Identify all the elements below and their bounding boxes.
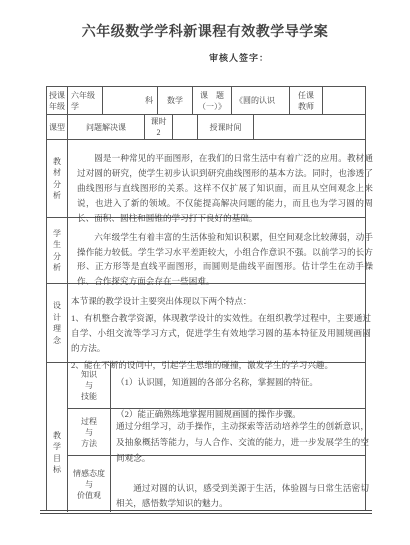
grade-label-cell: 授课 年级 [47, 87, 68, 114]
student-analysis-label: 学生分析 [47, 218, 68, 283]
material-analysis-content: 圆是一种常见的平面图形，在我们的日常生活中有着广泛的应用。教材通过对圆的研究，使… [68, 140, 365, 217]
topic-label-cell: 课 题 （一）》 [193, 87, 232, 114]
design-intro: 本节课的教学设计主要突出体现以下两个特点： [71, 294, 371, 309]
lesson-plan-table: 授课 年级 六年级 学 科 数学 课 题 （一）》 《圆的认识 任课 教 [46, 86, 366, 511]
lesson-type-value-cell: 问题解决课 [68, 115, 145, 139]
periods-blank-cell [173, 115, 198, 139]
knowledge-skills-row: 知识 与 技能 （1）认识圆，知道圆的各部分名称，掌握圆的特征。 （2）能正确熟… [68, 363, 365, 409]
teaching-objectives-subtable: 知识 与 技能 （1）认识圆，知道圆的各部分名称，掌握圆的特征。 （2）能正确熟… [68, 363, 365, 512]
material-analysis-label: 教材分析 [47, 140, 68, 217]
subject-label-cell: 科 [103, 87, 158, 114]
document-page: 六年级数学学科新课程有效教学导学案 审核人签字： 授课 年级 六年级 学 科 数… [0, 0, 410, 545]
design-concept-row: 设计理念 本节课的教学设计主要突出体现以下两个特点： 1、有机整合教学资源，体现… [47, 284, 365, 363]
header-row-2: 课型 问题解决课 课时 2 授课时间 [47, 115, 365, 140]
process-method-content: 通过分组学习，动手操作，主动探索等活动培养学生的创新意识，及抽象概括等能力，与人… [111, 409, 365, 455]
knowledge-skills-label: 知识 与 技能 [68, 363, 111, 408]
teaching-time-label-cell: 授课时间 [198, 115, 254, 139]
topic-value-cell: 《圆的认识 [232, 87, 290, 114]
teacher-label-cell: 任课 教师 [290, 87, 323, 114]
process-method-label: 过程 与 方法 [68, 409, 111, 455]
process-method-row: 过程 与 方法 通过分组学习，动手操作，主动探索等活动培养学生的创新意识，及抽象… [68, 409, 365, 456]
knowledge-item-1: （1）认识圆，知道圆的各部分名称，掌握圆的特征。 [111, 363, 369, 390]
reviewer-signature-label: 审核人签字： [209, 51, 269, 64]
design-point-1: 1、有机整合教学资源，体现教学设计的实效性。在组织教学过程中，主要通过自学、小组… [71, 311, 371, 356]
emotion-values-row: 情感态度 与 价值观 通过对圆的认识，感受到美源于生活，体验圆与日常生活密切相关… [68, 456, 365, 512]
header-row-1: 授课 年级 六年级 学 科 数学 课 题 （一）》 《圆的认识 任课 教 [47, 87, 365, 115]
bottom-double-rule [40, 510, 372, 514]
design-concept-label: 设计理念 [47, 284, 68, 362]
periods-cell: 课时 2 [145, 115, 173, 139]
student-analysis-row: 学生分析 六年级学生有着丰富的生活体验和知识积累，但空间观念比较薄弱，动手操作能… [47, 218, 365, 284]
lesson-type-label-cell: 课型 [47, 115, 68, 139]
teacher-name-field [323, 87, 365, 114]
subject-value-cell: 数学 [158, 87, 193, 114]
grade-value-cell: 六年级 学 [68, 87, 103, 114]
emotion-values-content: 通过对圆的认识，感受到美源于生活，体验圆与日常生活密切相关，感悟数学知识的魅力。 [111, 456, 365, 512]
teaching-objectives-label: 教学目标 [47, 363, 68, 512]
teaching-objectives-row: 教学目标 知识 与 技能 （1）认识圆，知道圆的各部分名称，掌握圆的特征。 （2… [47, 363, 365, 512]
design-concept-content: 本节课的教学设计主要突出体现以下两个特点： 1、有机整合教学资源，体现教学设计的… [68, 284, 365, 362]
knowledge-skills-content: （1）认识圆，知道圆的各部分名称，掌握圆的特征。 （2）能正确熟练地掌握用圆规画… [111, 363, 365, 408]
material-analysis-row: 教材分析 圆是一种常见的平面图形，在我们的日常生活中有着广泛的应用。教材通过对圆… [47, 140, 365, 218]
student-analysis-content: 六年级学生有着丰富的生活体验和知识积累，但空间观念比较薄弱，动手操作能力较低。学… [68, 218, 365, 283]
page-title: 六年级数学学科新课程有效教学导学案 [0, 21, 410, 41]
teaching-time-field [254, 115, 365, 139]
emotion-values-label: 情感态度 与 价值观 [68, 456, 111, 512]
